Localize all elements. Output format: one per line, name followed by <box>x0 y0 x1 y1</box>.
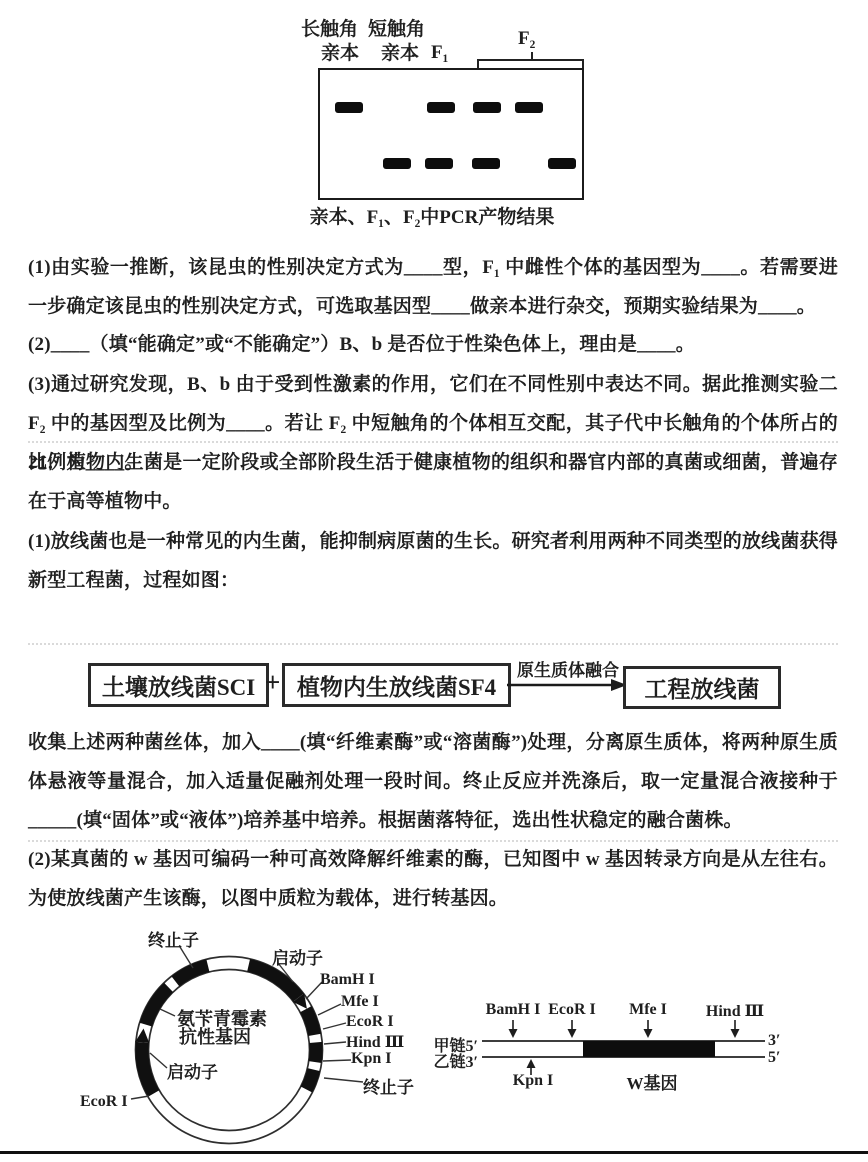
leader-kpn1 <box>323 1060 351 1061</box>
linear-ecor1-label: EcoR I <box>539 1001 605 1019</box>
leader-promoter-left <box>150 1053 167 1068</box>
gel-band <box>427 102 455 113</box>
linear-kpn1-label: Kpn I <box>500 1072 566 1090</box>
plasmid-promoter-top-right-label: 启动子 <box>272 944 323 969</box>
plasmid-hind3-label: Hind Ⅲ <box>346 1032 404 1052</box>
gel-caption: 亲本、F₁、F₂中PCR产物结果 <box>280 202 584 229</box>
plasmid-ecor1-bottom-label: EcoR I <box>80 1093 128 1111</box>
gel-band <box>548 158 576 169</box>
plasmid-terminator-right-label: 终止子 <box>363 1073 414 1098</box>
gel-band <box>383 158 411 169</box>
plasmid-kpn1-label: Kpn I <box>351 1050 391 1068</box>
gel-band <box>515 102 543 113</box>
fusion-flow-diagram: 土壤放线菌SCI + 植物内生放线菌SF4 原生质体融合 工程放线菌 <box>0 650 868 710</box>
leader-hind3 <box>324 1042 346 1044</box>
plasmid-terminator-top-label: 终止子 <box>148 926 199 951</box>
plasmid-bamh1-label: BamH I <box>320 971 375 989</box>
question-paragraph-1: (1)由实验一推断，该昆虫的性别决定方式为____型，F₁ 中雌性个体的基因型为… <box>28 248 838 326</box>
gel-band <box>425 158 453 169</box>
mfe1-arrowhead-icon <box>644 1029 653 1038</box>
leader-amp-gene <box>160 1009 175 1016</box>
gel-figure: 长触角 短触角 亲本 亲本 F₁ F₂ 亲本、F₁、F₂中PCR产物结果 <box>0 0 868 230</box>
question-21-intro: 21．植物内生菌是一定阶段或全部阶段生活于健康植物的组织和器官内部的真菌或细菌，… <box>28 443 838 521</box>
question-21-part1: (1)放线菌也是一种常见的内生菌，能抑制病原菌的生长。研究者利用两种不同类型的放… <box>28 522 838 600</box>
flow-arrow <box>507 678 627 692</box>
w-gene-label: W基因 <box>615 1069 689 1094</box>
gel-band <box>472 158 500 169</box>
gel-bands <box>0 0 868 230</box>
divider-dotted-2 <box>28 643 838 645</box>
leader-mfe1 <box>318 1004 341 1015</box>
linear-bamh1-label: BamH I <box>480 1001 546 1019</box>
plus-sign: + <box>265 667 280 698</box>
plasmid-ecor1-label: EcoR I <box>346 1013 394 1031</box>
gel-band <box>473 102 501 113</box>
w-gene-region <box>583 1041 715 1057</box>
kpn1-arrowhead-icon <box>527 1059 536 1068</box>
exam-page: 长触角 短触角 亲本 亲本 F₁ F₂ 亲本、F₁、F₂中PCR产物结果 (1)… <box>0 0 868 1162</box>
amp-resistance-gene-arc <box>146 987 169 1024</box>
flow-box-engineered-actinomycete: 工程放线菌 <box>623 666 781 709</box>
question-paragraph-2: (2)____（填“能确定”或“不能确定”）B、b 是否位于性染色体上，理由是_… <box>28 325 838 364</box>
ecor1-arrowhead-icon <box>568 1029 577 1038</box>
amp-resistance-gene-label-line2: 抗性基因 <box>179 1023 251 1049</box>
hind3-arrowhead-icon <box>731 1029 740 1038</box>
plasmid-inner-ring <box>149 970 310 1131</box>
leader-ecor1 <box>323 1023 346 1029</box>
question-21-part2-text: (2)某真菌的 w 基因可编码一种可高效降解纤维素的酶，已知图中 w 基因转录方… <box>28 840 838 918</box>
leader-ecor1-bottom <box>131 1096 149 1099</box>
gel-band <box>335 102 363 113</box>
end-5prime-label: 5′ <box>768 1049 781 1067</box>
page-bottom-rule <box>0 1151 868 1154</box>
promoter-right-arc <box>249 965 299 997</box>
leader-terminator-right <box>324 1078 363 1082</box>
end-3prime-label: 3′ <box>768 1032 781 1050</box>
linear-mfe1-label: Mfe I <box>615 1001 681 1019</box>
plasmid-mfe1-label: Mfe I <box>341 993 379 1011</box>
promoter-left-arc <box>142 1042 154 1093</box>
flow-box-endophytic-actinomycete: 植物内生放线菌SF4 <box>282 663 511 707</box>
question-21-part1-text: 收集上述两种菌丝体，加入____(填“纤维素酶”或“溶菌酶”)处理，分离原生质体… <box>28 723 838 840</box>
mcs-black-segment-2 <box>315 1042 316 1062</box>
linear-hind3-label: Hind Ⅲ <box>702 1001 768 1021</box>
strand-b-3prime-label: 乙链3′ <box>420 1049 478 1072</box>
terminator-right-arc <box>307 1070 314 1090</box>
bamh1-arrowhead-icon <box>509 1029 518 1038</box>
flow-box-soil-actinomycete: 土壤放线菌SCI <box>88 663 269 707</box>
plasmid-promoter-left-label: 启动子 <box>167 1058 218 1083</box>
